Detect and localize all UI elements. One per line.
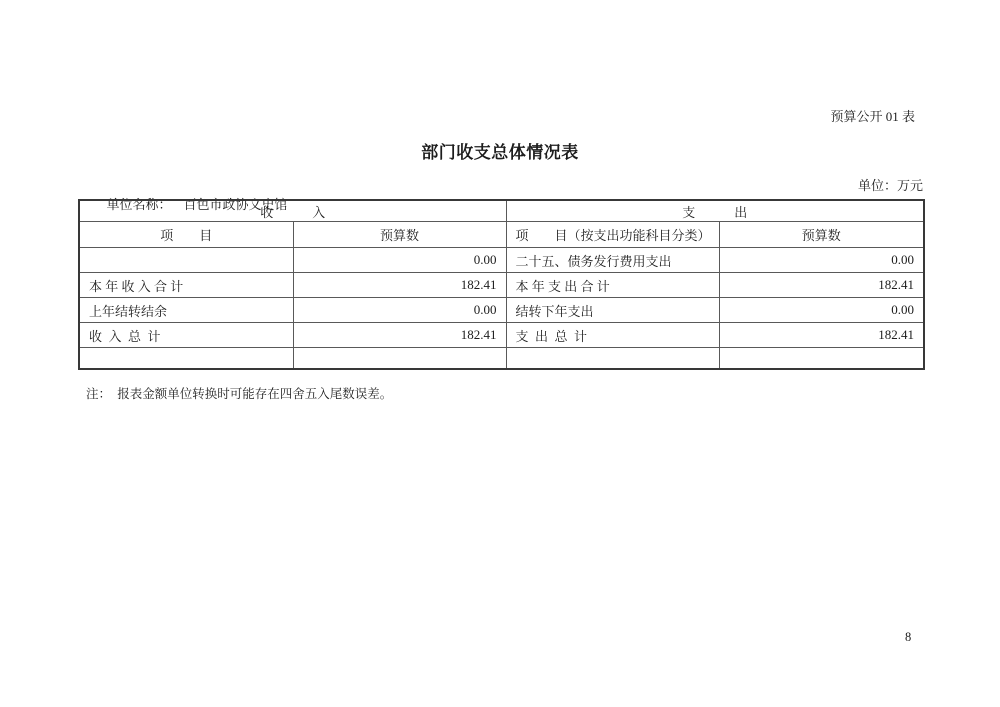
income-item-cell [79, 348, 293, 370]
income-item-cell [79, 248, 293, 273]
expense-item-cell: 结转下年支出 [506, 298, 719, 323]
col-header-expense-item: 项 目（按支出功能科目分类） [506, 222, 719, 248]
income-amount-cell [293, 348, 506, 370]
table-row [79, 348, 924, 370]
col-header-income-item: 项 目 [79, 222, 293, 248]
expense-section-header: 支 出 [506, 200, 924, 222]
budget-table: 收 入 支 出 项 目 预算数 项 目（按支出功能科目分类） 预算数 0.00 … [78, 199, 925, 370]
page-title: 部门收支总体情况表 [0, 138, 1000, 163]
income-item-cell: 收 入 总 计 [79, 323, 293, 348]
table-row: 收 入 总 计 182.41 支 出 总 计 182.41 [79, 323, 924, 348]
col-header-income-budget: 预算数 [293, 222, 506, 248]
expense-amount-cell: 182.41 [719, 273, 924, 298]
expense-item-cell: 支 出 总 计 [506, 323, 719, 348]
table-code-label: 预算公开 01 表 [830, 106, 915, 125]
expense-item-cell: 本 年 支 出 合 计 [506, 273, 719, 298]
document-page: 预算公开 01 表 部门收支总体情况表 单位名称：百色市政协文史馆 单位：万元 … [0, 0, 1000, 707]
income-item-cell: 上年结转结余 [79, 298, 293, 323]
page-number: 8 [905, 630, 911, 645]
income-amount-cell: 0.00 [293, 248, 506, 273]
table-row: 本 年 收 入 合 计 182.41 本 年 支 出 合 计 182.41 [79, 273, 924, 298]
income-amount-cell: 182.41 [293, 273, 506, 298]
income-item-cell: 本 年 收 入 合 计 [79, 273, 293, 298]
expense-amount-cell: 182.41 [719, 323, 924, 348]
expense-amount-cell: 0.00 [719, 248, 924, 273]
expense-amount-cell: 0.00 [719, 298, 924, 323]
income-section-header: 收 入 [79, 200, 506, 222]
footnote: 注： 报表金额单位转换时可能存在四舍五入尾数误差。 [86, 384, 392, 402]
expense-amount-cell [719, 348, 924, 370]
expense-item-cell [506, 348, 719, 370]
table-row: 0.00 二十五、债务发行费用支出 0.00 [79, 248, 924, 273]
table-section-header-row: 收 入 支 出 [79, 200, 924, 222]
unit-label: 单位：万元 [858, 175, 923, 194]
income-amount-cell: 182.41 [293, 323, 506, 348]
income-amount-cell: 0.00 [293, 298, 506, 323]
col-header-expense-budget: 预算数 [719, 222, 924, 248]
expense-item-cell: 二十五、债务发行费用支出 [506, 248, 719, 273]
table-row: 上年结转结余 0.00 结转下年支出 0.00 [79, 298, 924, 323]
table-column-header-row: 项 目 预算数 项 目（按支出功能科目分类） 预算数 [79, 222, 924, 248]
